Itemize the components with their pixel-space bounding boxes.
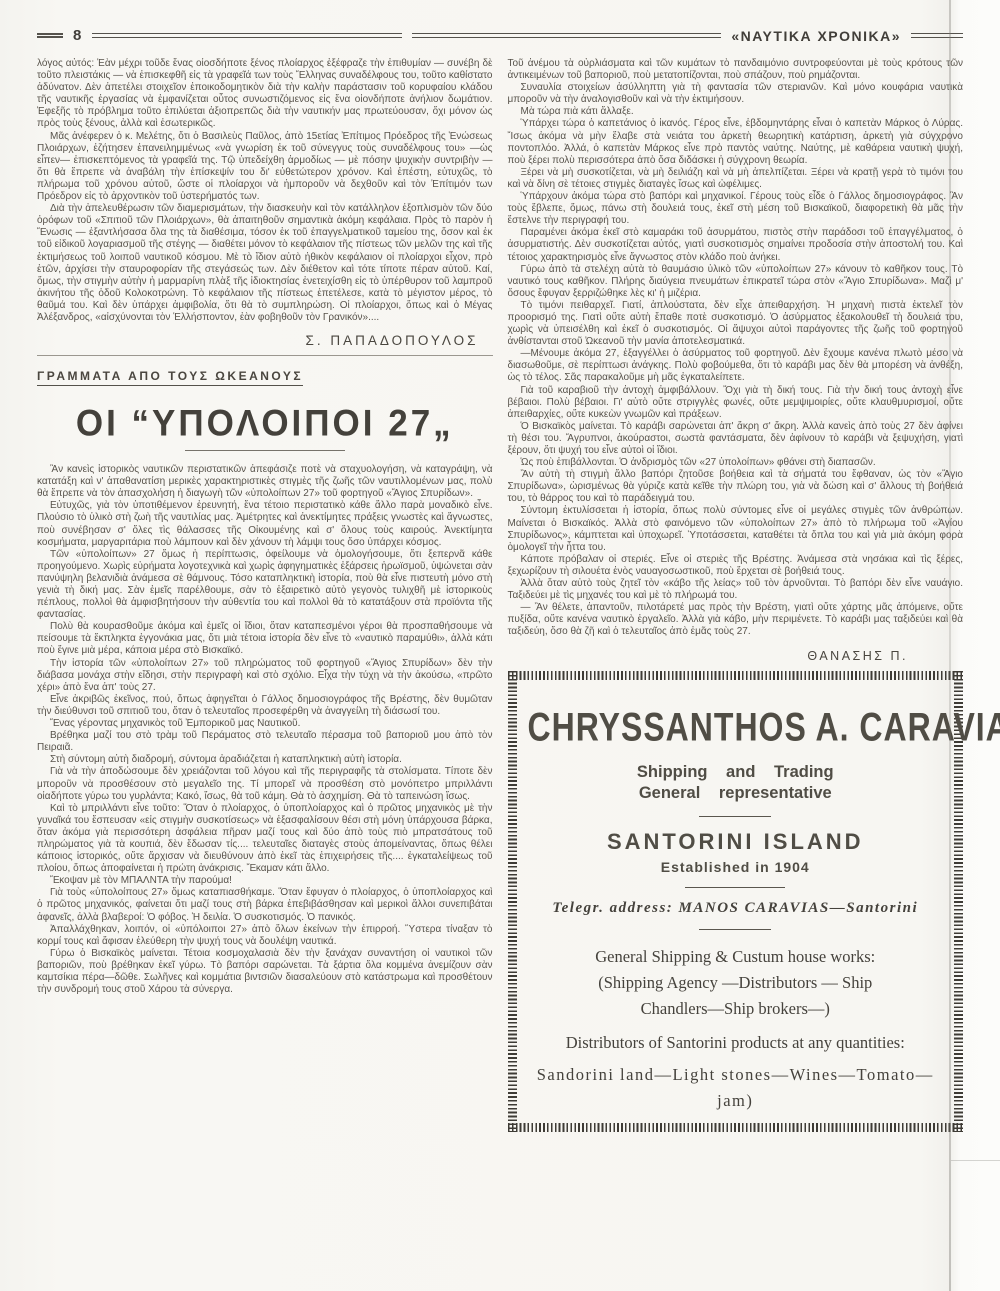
paragraph: Εὐτυχῶς, γιὰ τὸν ὑποτιθέμενον ἐρευνητή, … bbox=[37, 500, 493, 548]
paragraph: Ἂν αὐτὴ τὴ στιγμὴ ἄλλο βαπόρι ζητοῦσε βο… bbox=[508, 469, 964, 505]
paragraph: — Ἂν θέλετε, ἀπαντοῦν, πιλοτάρετέ μας πρ… bbox=[508, 602, 964, 638]
ad-established: Established in 1904 bbox=[528, 859, 944, 875]
author-signature-papadopoulos: Σ. ΠΑΠΑΔΟΠΟΥΛΟΣ bbox=[37, 333, 493, 348]
paragraph: —Μένουμε ἀκόμα 27, ἐξαγγέλλει ὁ ἀσύρματο… bbox=[508, 348, 964, 384]
paragraph: Πολὺ θὰ κουρασθοῦμε ἀκόμα καὶ ἐμεῖς οἱ ἴ… bbox=[37, 621, 493, 657]
paragraph: Καὶ τὸ μπριλλάντι εἶνε τοῦτο: Ὅταν ὁ πλο… bbox=[37, 803, 493, 876]
paragraph: Ὑπάρχει τώρα ὁ καπετάνιος ὁ ἱκανός. Γέρο… bbox=[508, 118, 964, 166]
paragraph: Κάποτε πρόβαλαν οἱ στεριές. Εἶνε οἱ στερ… bbox=[508, 554, 964, 578]
paragraph: Τῶν «ὑπολοίπων» 27 ὅμως ἡ περίπτωσις, ὀφ… bbox=[37, 549, 493, 622]
ad-hatched-border-top bbox=[508, 671, 964, 680]
ad-distribution-line: Distributors of Santorini products at an… bbox=[528, 1030, 944, 1056]
article-body-left: Ἂν κανεὶς ἱστορικὸς ναυτικῶν περιστατικῶ… bbox=[37, 464, 493, 996]
page-edge-mark bbox=[951, 1160, 1000, 1161]
ad-separator-rule-3 bbox=[699, 929, 771, 930]
ad-hatched-border-left bbox=[508, 671, 517, 1132]
page-crease-line bbox=[949, 0, 951, 1291]
header-rule-right bbox=[911, 33, 963, 38]
paragraph: Ξέρει νὰ μὴ συσκοτίζεται, νὰ μὴ δειλιάζη… bbox=[508, 167, 964, 191]
paragraph: Στὴ σύντομη αὐτὴ διαδρομή, σύντομα ἀραδι… bbox=[37, 754, 493, 766]
scanned-magazine-page: 8 «ΝΑΥΤΙΚΑ ΧΡΟΝΙΚΑ» λόγος αὐτός: Ἐὰν μέχ… bbox=[0, 0, 1000, 1291]
paragraph: Γιὰ νὰ τὴν ἀποδώσουμε δὲν χρειάζονται το… bbox=[37, 766, 493, 802]
ad-company-name: CHRYSSANTHOS A. CARAVIAS bbox=[528, 704, 944, 750]
paragraph: Διὰ τὴν ἀπελευθέρωσιν τῶν διαμερισμάτων,… bbox=[37, 203, 493, 324]
page-number: 8 bbox=[73, 27, 82, 44]
paragraph: Ἀλλὰ ὅταν αὐτὸ τοὺς ζητεῖ τὸν «κάβο τῆς … bbox=[508, 578, 964, 602]
paragraph: Ἂν κανεὶς ἱστορικὸς ναυτικῶν περιστατικῶ… bbox=[37, 464, 493, 500]
paragraph: Τὴν ἱστορία τῶν «ὑπολοίπων 27» τοῦ πληρώ… bbox=[37, 658, 493, 694]
right-column: Τοῦ ἀνέμου τὰ οὐρλιάσματα καὶ τῶν κυμάτω… bbox=[508, 58, 964, 1132]
page-header: 8 «ΝΑΥΤΙΚΑ ΧΡΟΝΙΚΑ» bbox=[0, 0, 1000, 44]
paragraph: Γιὰ τοῦ καραβιοῦ τὴν ἀντοχὴ ἀμφιβάλλουν.… bbox=[508, 385, 964, 421]
ad-hatched-border-bottom bbox=[508, 1123, 964, 1132]
paragraph: Σύντομη ἐκτυλίσσεται ἡ ἱστορία, ὅπως πολ… bbox=[508, 505, 964, 553]
ad-subtitle-line1: Shipping and Trading bbox=[528, 762, 944, 783]
paragraph: Ὡς ποὺ ἐπιβάλλονται. Ὁ ἀνδρισμὸς τῶν «27… bbox=[508, 457, 964, 469]
article-divider-rule bbox=[37, 355, 493, 356]
ad-separator-rule-1 bbox=[699, 816, 771, 817]
paragraph: Εἶνε ἀκριβῶς ἐκεῖνος, πού, ὅπως ἀφηγεῖτα… bbox=[37, 694, 493, 718]
article-title-underline bbox=[185, 450, 345, 451]
ad-services-title: General Shipping & Custum house works: bbox=[528, 944, 944, 970]
header-rule-mid-right bbox=[412, 33, 721, 38]
ad-subtitle-line2: General representative bbox=[528, 783, 944, 804]
paragraph: Ἀπαλλάχθηκαν, λοιπόν, οἱ «ὑπόλοιποι 27» … bbox=[37, 924, 493, 948]
header-rule-left bbox=[37, 33, 63, 38]
paragraph: Ὁ Βισκαϊκὸς μαίνεται. Τὸ καράβι σαρώνετα… bbox=[508, 421, 964, 457]
ad-location: SANTORINI ISLAND bbox=[528, 829, 944, 855]
paragraph: Μὰ τώρα πιὰ κάτι ἄλλαξε. bbox=[508, 106, 964, 118]
ad-telegraph-address: Telegr. address: MANOS CARAVIAS—Santorin… bbox=[528, 900, 944, 917]
two-column-layout: λόγος αὐτός: Ἐὰν μέχρι τοῦδε ἕνας οἱοσδή… bbox=[0, 44, 1000, 1132]
previous-article-continuation: λόγος αὐτός: Ἐὰν μέχρι τοῦδε ἕνας οἱοσδή… bbox=[37, 58, 493, 324]
article-body-right: Τοῦ ἀνέμου τὰ οὐρλιάσματα καὶ τῶν κυμάτω… bbox=[508, 58, 964, 639]
ad-separator-rule-2 bbox=[685, 887, 785, 888]
paragraph: λόγος αὐτός: Ἐὰν μέχρι τοῦδε ἕνας οἱοσδή… bbox=[37, 58, 493, 131]
paragraph: Ἕνας γέροντας μηχανικὸς τοῦ Ἐμπορικοῦ μα… bbox=[37, 718, 493, 730]
left-column: λόγος αὐτός: Ἐὰν μέχρι τοῦδε ἕνας οἱοσδή… bbox=[37, 58, 493, 1132]
section-header-letters-from-oceans: ΓΡΑΜΜΑΤΑ ΑΠΟ ΤΟΥΣ ΩΚΕΑΝΟΥΣ bbox=[37, 369, 303, 386]
paragraph: Ἔκοψαν μὲ τὸν ΜΠΑΛΝΤΑ τὴν παρούμα! bbox=[37, 875, 493, 887]
advertisement-caravias: CHRYSSANTHOS A. CARAVIAS Shipping and Tr… bbox=[508, 671, 964, 1132]
paragraph: Ὑπάρχουν ἀκόμα τώρα στὸ βαπόρι καὶ μηχαν… bbox=[508, 191, 964, 227]
ad-services-line1: (Shipping Agency —Distributors — Ship bbox=[528, 970, 944, 996]
header-rule-mid-left bbox=[92, 33, 401, 38]
paragraph: Γύρω ἀπὸ τὰ στελέχη αὐτὰ τὸ θαυμάσιο ὑλι… bbox=[508, 264, 964, 300]
author-signature-thanasis: ΘΑΝΑΣΗΣ Π. bbox=[508, 649, 964, 663]
ad-services-line2: Chandlers—Ship brokers—) bbox=[528, 996, 944, 1022]
paragraph: Παραμένει ἀκόμα ἐκεῖ στὸ καμαράκι τοῦ ἀσ… bbox=[508, 227, 964, 263]
paragraph: Τοῦ ἀνέμου τὰ οὐρλιάσματα καὶ τῶν κυμάτω… bbox=[508, 58, 964, 82]
paragraph: Συναυλία στοιχείων ἀσύλληπτη γιὰ τὴ φαντ… bbox=[508, 82, 964, 106]
paragraph: Βρέθηκα μαζί του στὸ τρὰμ τοῦ Περάματος … bbox=[37, 730, 493, 754]
paragraph: Γιὰ τοὺς «ὑπολοίπους 27» ὅμως καταπιασθή… bbox=[37, 887, 493, 923]
magazine-title: «ΝΑΥΤΙΚΑ ΧΡΟΝΙΚΑ» bbox=[731, 28, 901, 44]
paragraph: Μᾶς ἀνέφερεν ὁ κ. Μελέτης, ὅτι ὁ Βασιλεὺ… bbox=[37, 131, 493, 204]
paragraph: Τὸ τιμόνι πειθαρχεῖ. Γιατί, ἁπλούστατα, … bbox=[508, 300, 964, 348]
article-title: ΟΙ “ΥΠΟΛΟΙΠΟΙ 27„ bbox=[37, 403, 493, 445]
ad-products-line: Sandorini land—Light stones—Wines—Tomato… bbox=[528, 1062, 944, 1114]
paragraph: Γύρω ὁ Βισκαϊκὸς μαίνεται. Τέτοια κοσμοχ… bbox=[37, 948, 493, 996]
